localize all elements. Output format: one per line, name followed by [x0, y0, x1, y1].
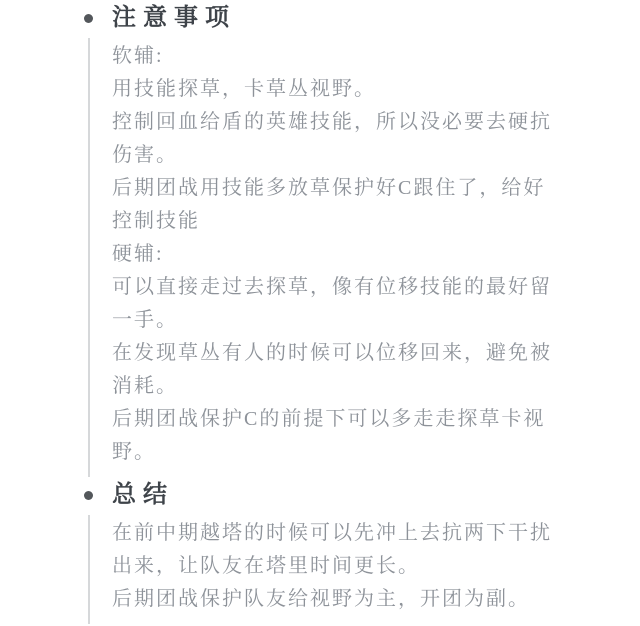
bullet-icon: [84, 14, 93, 23]
bullet-icon: [84, 491, 93, 500]
section-precautions: 注意事项 软辅: 用技能探草，卡草丛视野。 控制回血给盾的英雄技能，所以没必要去…: [0, 2, 640, 477]
paragraph: 可以直接走过去探草，像有位移技能的最好留一手。: [112, 271, 560, 337]
paragraph: 后期团战保护C的前提下可以多走走探草卡视野。: [112, 403, 560, 469]
paragraph: 用技能探草，卡草丛视野。: [112, 73, 560, 106]
section-summary: 总结 在前中期越塔的时候可以先冲上去抗两下干扰出来，让队友在塔里时间更长。 后期…: [0, 479, 640, 624]
section-title-precautions: 注意事项: [112, 2, 236, 35]
section-title-summary: 总结: [112, 479, 174, 512]
paragraph: 软辅:: [112, 40, 560, 73]
section-content-precautions: 软辅: 用技能探草，卡草丛视野。 控制回血给盾的英雄技能，所以没必要去硬抗伤害。…: [88, 38, 560, 477]
section-heading-summary: 总结: [0, 479, 640, 512]
notes-document: 注意事项 软辅: 用技能探草，卡草丛视野。 控制回血给盾的英雄技能，所以没必要去…: [0, 2, 640, 626]
paragraph: 后期团战保护队友给视野为主，开团为副。: [112, 583, 560, 616]
paragraph: 在发现草丛有人的时候可以位移回来，避免被消耗。: [112, 337, 560, 403]
section-content-summary: 在前中期越塔的时候可以先冲上去抗两下干扰出来，让队友在塔里时间更长。 后期团战保…: [88, 515, 560, 624]
paragraph: 在前中期越塔的时候可以先冲上去抗两下干扰出来，让队友在塔里时间更长。: [112, 517, 560, 583]
section-heading-precautions: 注意事项: [0, 2, 640, 35]
paragraph: 硬辅:: [112, 238, 560, 271]
paragraph: 后期团战用技能多放草保护好C跟住了，给好控制技能: [112, 172, 560, 238]
paragraph: 控制回血给盾的英雄技能，所以没必要去硬抗伤害。: [112, 106, 560, 172]
